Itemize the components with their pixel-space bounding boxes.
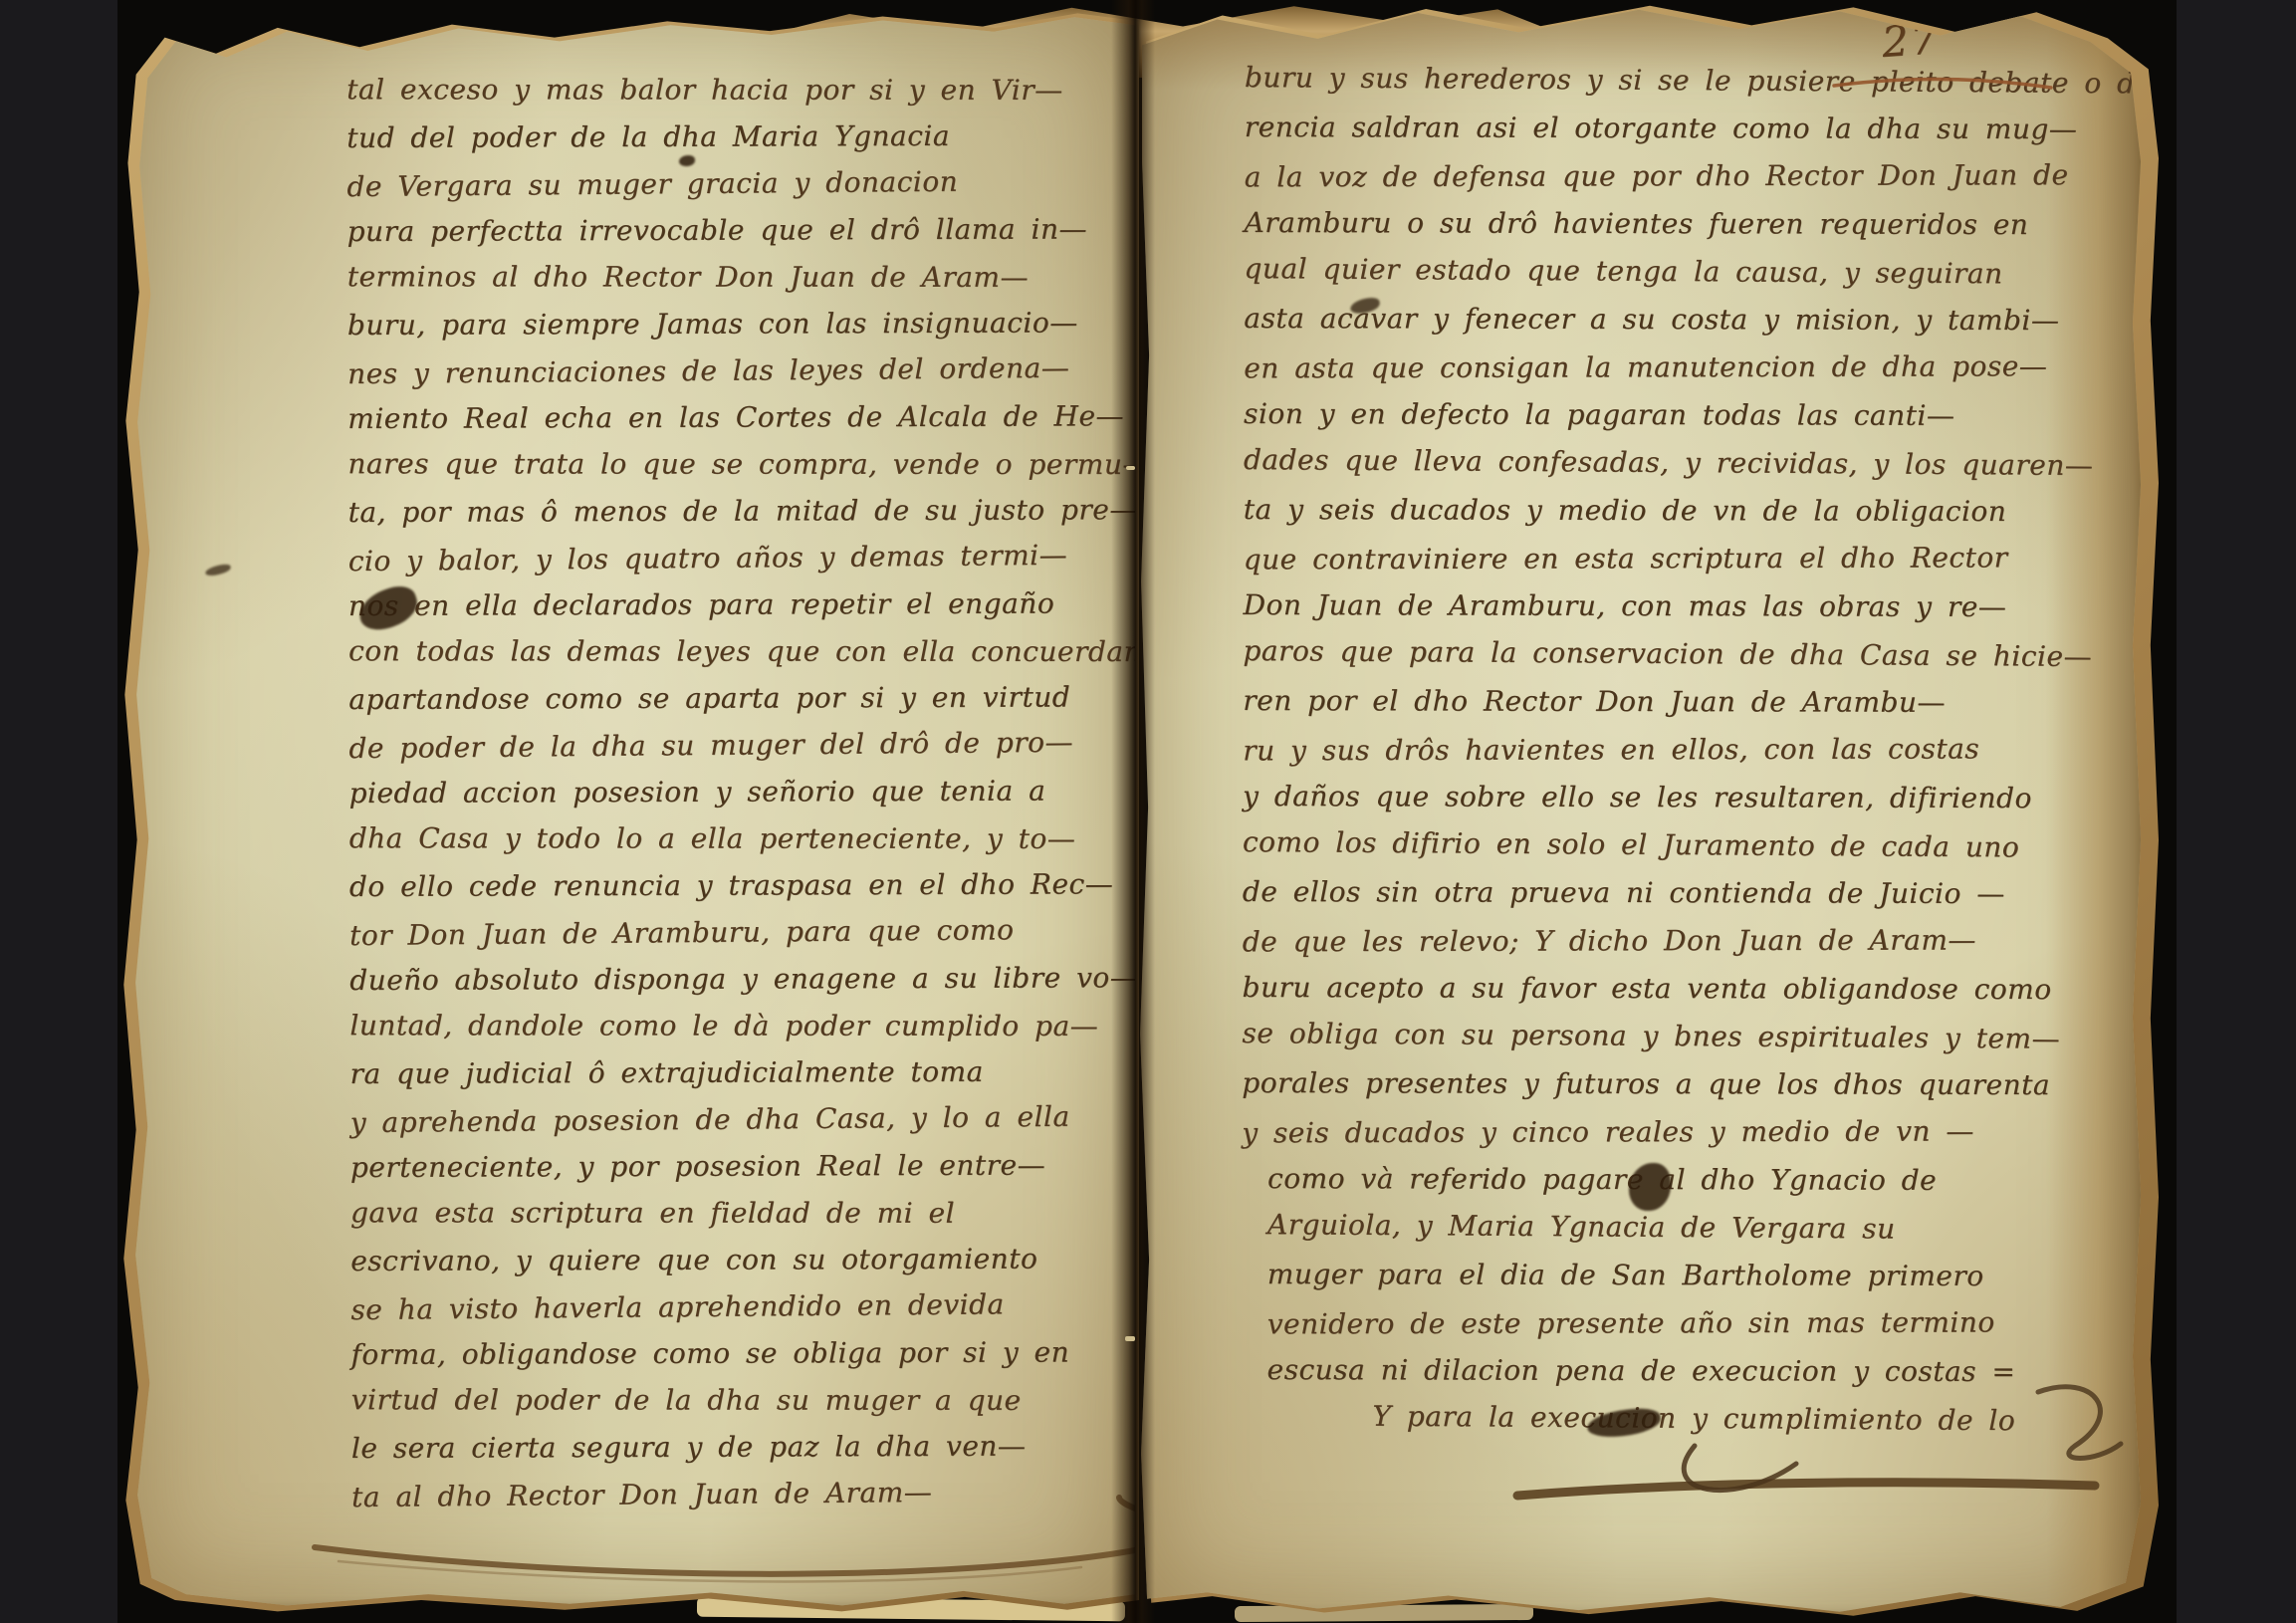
left-manuscript-page: tal exceso y mas balor hacia por si y en…: [125, 6, 1135, 1607]
signature-flourish: [1684, 1446, 1796, 1491]
manuscript-line: cio y balor, y los quatro años y demas t…: [348, 531, 1135, 584]
manuscript-line: dades que lleva confesadas, y recividas,…: [1244, 436, 2141, 490]
manuscript-line: dha Casa y todo lo a ella perteneciente,…: [349, 814, 1135, 862]
manuscript-line: tal exceso y mas balor hacia por si y en…: [346, 66, 1135, 114]
right-page-text: buru y sus herederos y si se le pusiere …: [1241, 56, 2141, 1444]
manuscript-line: paros que para la conservacion de dha Ca…: [1243, 627, 2141, 681]
manuscript-line: nares que trata lo que se compra, vende …: [347, 440, 1135, 488]
manuscript-line: pura perfectta irrevocable que el drô ll…: [346, 205, 1135, 255]
manuscript-line: piedad accion posesion y señorio que ten…: [348, 767, 1135, 816]
manuscript-line: tor Don Juan de Aramburu, para que como: [349, 905, 1135, 959]
manuscript-line: perteneciente, y por posesion Real le en…: [350, 1141, 1135, 1191]
manuscript-line: sion y en defecto la pagaran todas las c…: [1244, 390, 2141, 440]
page-edge-sliver: [1235, 1604, 1533, 1622]
manuscript-line: ta, por mas ô menos de la mitad de su ju…: [347, 486, 1135, 536]
manuscript-line: con todas las demas leyes que con ella c…: [348, 627, 1135, 675]
manuscript-line: de poder de la dha su muger del drô de p…: [348, 718, 1135, 772]
manuscript-line: y seis ducados y cinco reales y medio de…: [1242, 1107, 2141, 1157]
manuscript-line: porales presentes y futuros a que los dh…: [1242, 1059, 2141, 1109]
manuscript-line: rencia saldran asi el otorgante como la …: [1245, 104, 2141, 153]
manuscript-line: venidero de este presente año sin mas te…: [1267, 1298, 2141, 1348]
manuscript-line: se ha visto haverla aprehendido en devid…: [350, 1279, 1135, 1333]
manuscript-line: terminos al dho Rector Don Juan de Aram—: [347, 253, 1135, 301]
manuscript-line: a la voz de defensa que por dho Rector D…: [1245, 151, 2141, 201]
manuscript-line: apartandose como se aparta por si y en v…: [348, 673, 1135, 723]
manuscript-line: escrivano, y quiere que con su otorgamie…: [350, 1235, 1135, 1284]
manuscript-line: en asta que consigan la manutencion de d…: [1244, 343, 2141, 392]
manuscript-line: ru y sus drôs havientes en ellos, con la…: [1243, 725, 2141, 775]
book-gutter: [1111, 0, 1155, 1623]
manuscript-line: forma, obligandose como se obliga por si…: [350, 1328, 1135, 1378]
manuscript-line: se obliga con su persona y bnes espiritu…: [1242, 1010, 2141, 1063]
left-page-text: tal exceso y mas balor hacia por si y en…: [346, 65, 1135, 1518]
manuscript-line: ta al dho Rector Don Juan de Aram—: [351, 1467, 1135, 1520]
manuscript-line: do ello cede renuncia y traspasa en el d…: [349, 860, 1135, 910]
manuscript-line: de que les relevo; Y dicho Don Juan de A…: [1243, 916, 2141, 966]
manuscript-line: ren por el dho Rector Don Juan de Arambu…: [1243, 677, 2141, 727]
photo-left-strip: [0, 0, 117, 1623]
manuscript-line: virtud del poder de la dha su muger a qu…: [351, 1376, 1135, 1424]
manuscript-line: dueño absoluto disponga y enagene a su l…: [349, 954, 1135, 1004]
manuscript-line: buru y sus herederos y si se le pusiere …: [1245, 54, 2141, 108]
manuscript-line: de Vergara su muger gracia y donacion: [346, 156, 1135, 210]
manuscript-line: muger para el dia de San Bartholome prim…: [1267, 1251, 2141, 1300]
binding-stitch: [1126, 466, 1135, 470]
manuscript-line: Arguiola, y Maria Ygnacia de Vergara su: [1267, 1201, 2141, 1255]
manuscript-line: ra que judicial ô extrajudicialmente tom…: [349, 1047, 1135, 1097]
manuscript-line: nos en ella declarados para repetir el e…: [348, 580, 1135, 629]
manuscript-line: qual quier estado que tenga la causa, y …: [1244, 245, 2141, 299]
manuscript-line: escusa ni dilacion pena de execucion y c…: [1266, 1346, 2141, 1396]
manuscript-line: como los difirio en solo el Juramento de…: [1243, 818, 2141, 872]
manuscript-line: buru acepto a su favor esta venta obliga…: [1242, 964, 2141, 1014]
manuscript-line: tud del poder de la dha Maria Ygnacia: [346, 112, 1135, 161]
manuscript-line: que contraviniere en esta scriptura el d…: [1244, 534, 2141, 583]
manuscript-line: miento Real echa en las Cortes de Alcala…: [347, 392, 1135, 442]
manuscript-line: Don Juan de Aramburu, con mas las obras …: [1243, 581, 2141, 631]
photo-right-strip: [2177, 0, 2296, 1623]
manuscript-photo: tal exceso y mas balor hacia por si y en…: [0, 0, 2296, 1623]
manuscript-line: de ellos sin otra prueva ni contienda de…: [1243, 868, 2141, 918]
manuscript-line: y aprehenda posesion de dha Casa, y lo a…: [349, 1092, 1135, 1146]
bottom-rule-flourish: [1517, 1483, 2095, 1496]
manuscript-line: Aramburu o su drô havientes fueren reque…: [1244, 199, 2141, 249]
manuscript-line: luntad, dandole como le dà poder cumplid…: [349, 1002, 1135, 1049]
right-manuscript-page: 27 buru y sus herederos y si se le pusie…: [1137, 0, 2141, 1615]
manuscript-line: y daños que sobre ello se les resultaren…: [1243, 773, 2141, 822]
ink-smear: [204, 563, 231, 577]
manuscript-line: ta y seis ducados y medio de vn de la ob…: [1244, 486, 2141, 536]
bottom-rule-shadow: [339, 1561, 1081, 1581]
manuscript-line: como và referido pagare al dho Ygnacio d…: [1267, 1155, 2141, 1205]
manuscript-line: Y para la execucion y cumplimiento de lo: [1372, 1393, 2141, 1446]
manuscript-line: gava esta scriptura en fieldad de mi el: [350, 1189, 1135, 1237]
manuscript-line: buru, para siempre Jamas con las insignu…: [347, 299, 1135, 348]
manuscript-line: le sera cierta segura y de paz la dha ve…: [351, 1422, 1135, 1472]
binding-stitch: [1125, 1336, 1135, 1341]
manuscript-line: nes y renunciaciones de las leyes del or…: [347, 344, 1135, 397]
